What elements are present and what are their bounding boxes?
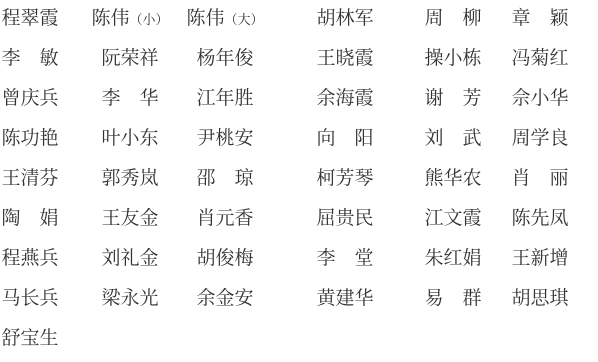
name-cell: 胡俊梅 — [196, 248, 253, 268]
name-cell: 王清芬 — [1, 168, 58, 188]
name-cell: 陈伟（小） — [91, 8, 168, 31]
name-cell: 操小栋 — [424, 48, 481, 68]
name-cell: 阮荣祥 — [101, 48, 158, 68]
name-cell: 李 华 — [101, 88, 158, 108]
name-cell: 舒宝生 — [1, 328, 58, 348]
name-cell: 刘 武 — [424, 128, 481, 148]
name-cell: 王友金 — [101, 208, 158, 228]
name-cell: 邵 琼 — [196, 168, 253, 188]
name-cell: 肖 丽 — [511, 168, 568, 188]
name-cell: 周 柳 — [424, 8, 481, 28]
name-cell: 陶 娟 — [1, 208, 58, 228]
name-cell: 曾庆兵 — [1, 88, 58, 108]
name-cell: 谢 芳 — [424, 88, 481, 108]
name-cell: 陈伟（大） — [186, 8, 263, 31]
name-cell: 胡林军 — [316, 8, 373, 28]
name-cell: 柯芳琴 — [316, 168, 373, 188]
name-cell: 李 堂 — [316, 248, 373, 268]
name-cell: 王晓霞 — [316, 48, 373, 68]
name-cell: 易 群 — [424, 288, 481, 308]
name-cell: 杨年俊 — [196, 48, 253, 68]
name-cell: 熊华农 — [424, 168, 481, 188]
name-cell: 余金安 — [196, 288, 253, 308]
name-cell: 叶小东 — [101, 128, 158, 148]
name-cell: 马长兵 — [1, 288, 58, 308]
name-cell: 程翠霞 — [1, 8, 58, 28]
name-cell: 尹桃安 — [196, 128, 253, 148]
name-cell: 周学良 — [511, 128, 568, 148]
name-cell: 余海霞 — [316, 88, 373, 108]
name-cell: 陈先凤 — [511, 208, 568, 228]
name-cell: 佘小华 — [511, 88, 568, 108]
name-cell: 黄建华 — [316, 288, 373, 308]
name-cell: 梁永光 — [101, 288, 158, 308]
name-cell: 王新增 — [511, 248, 568, 268]
name-cell: 陈功艳 — [1, 128, 58, 148]
name-cell: 向 阳 — [316, 128, 373, 148]
name-suffix: （大） — [225, 13, 264, 28]
name-cell: 冯菊红 — [511, 48, 568, 68]
name-cell: 刘礼金 — [101, 248, 158, 268]
name-cell: 屈贵民 — [316, 208, 373, 228]
name-cell: 肖元香 — [196, 208, 253, 228]
name-cell: 江年胜 — [196, 88, 253, 108]
name-cell: 胡思琪 — [511, 288, 568, 308]
name-cell: 李 敏 — [1, 48, 58, 68]
name-cell: 朱红娟 — [424, 248, 481, 268]
name-cell: 江文霞 — [424, 208, 481, 228]
name-cell: 章 颖 — [511, 8, 568, 28]
name-cell: 郭秀岚 — [101, 168, 158, 188]
name-cell: 程燕兵 — [1, 248, 58, 268]
name-suffix: （小） — [130, 13, 169, 28]
document-page: 程翠霞陈伟（小）陈伟（大）胡林军周 柳章 颖李 敏阮荣祥杨年俊王晓霞操小栋冯菊红… — [0, 0, 598, 362]
